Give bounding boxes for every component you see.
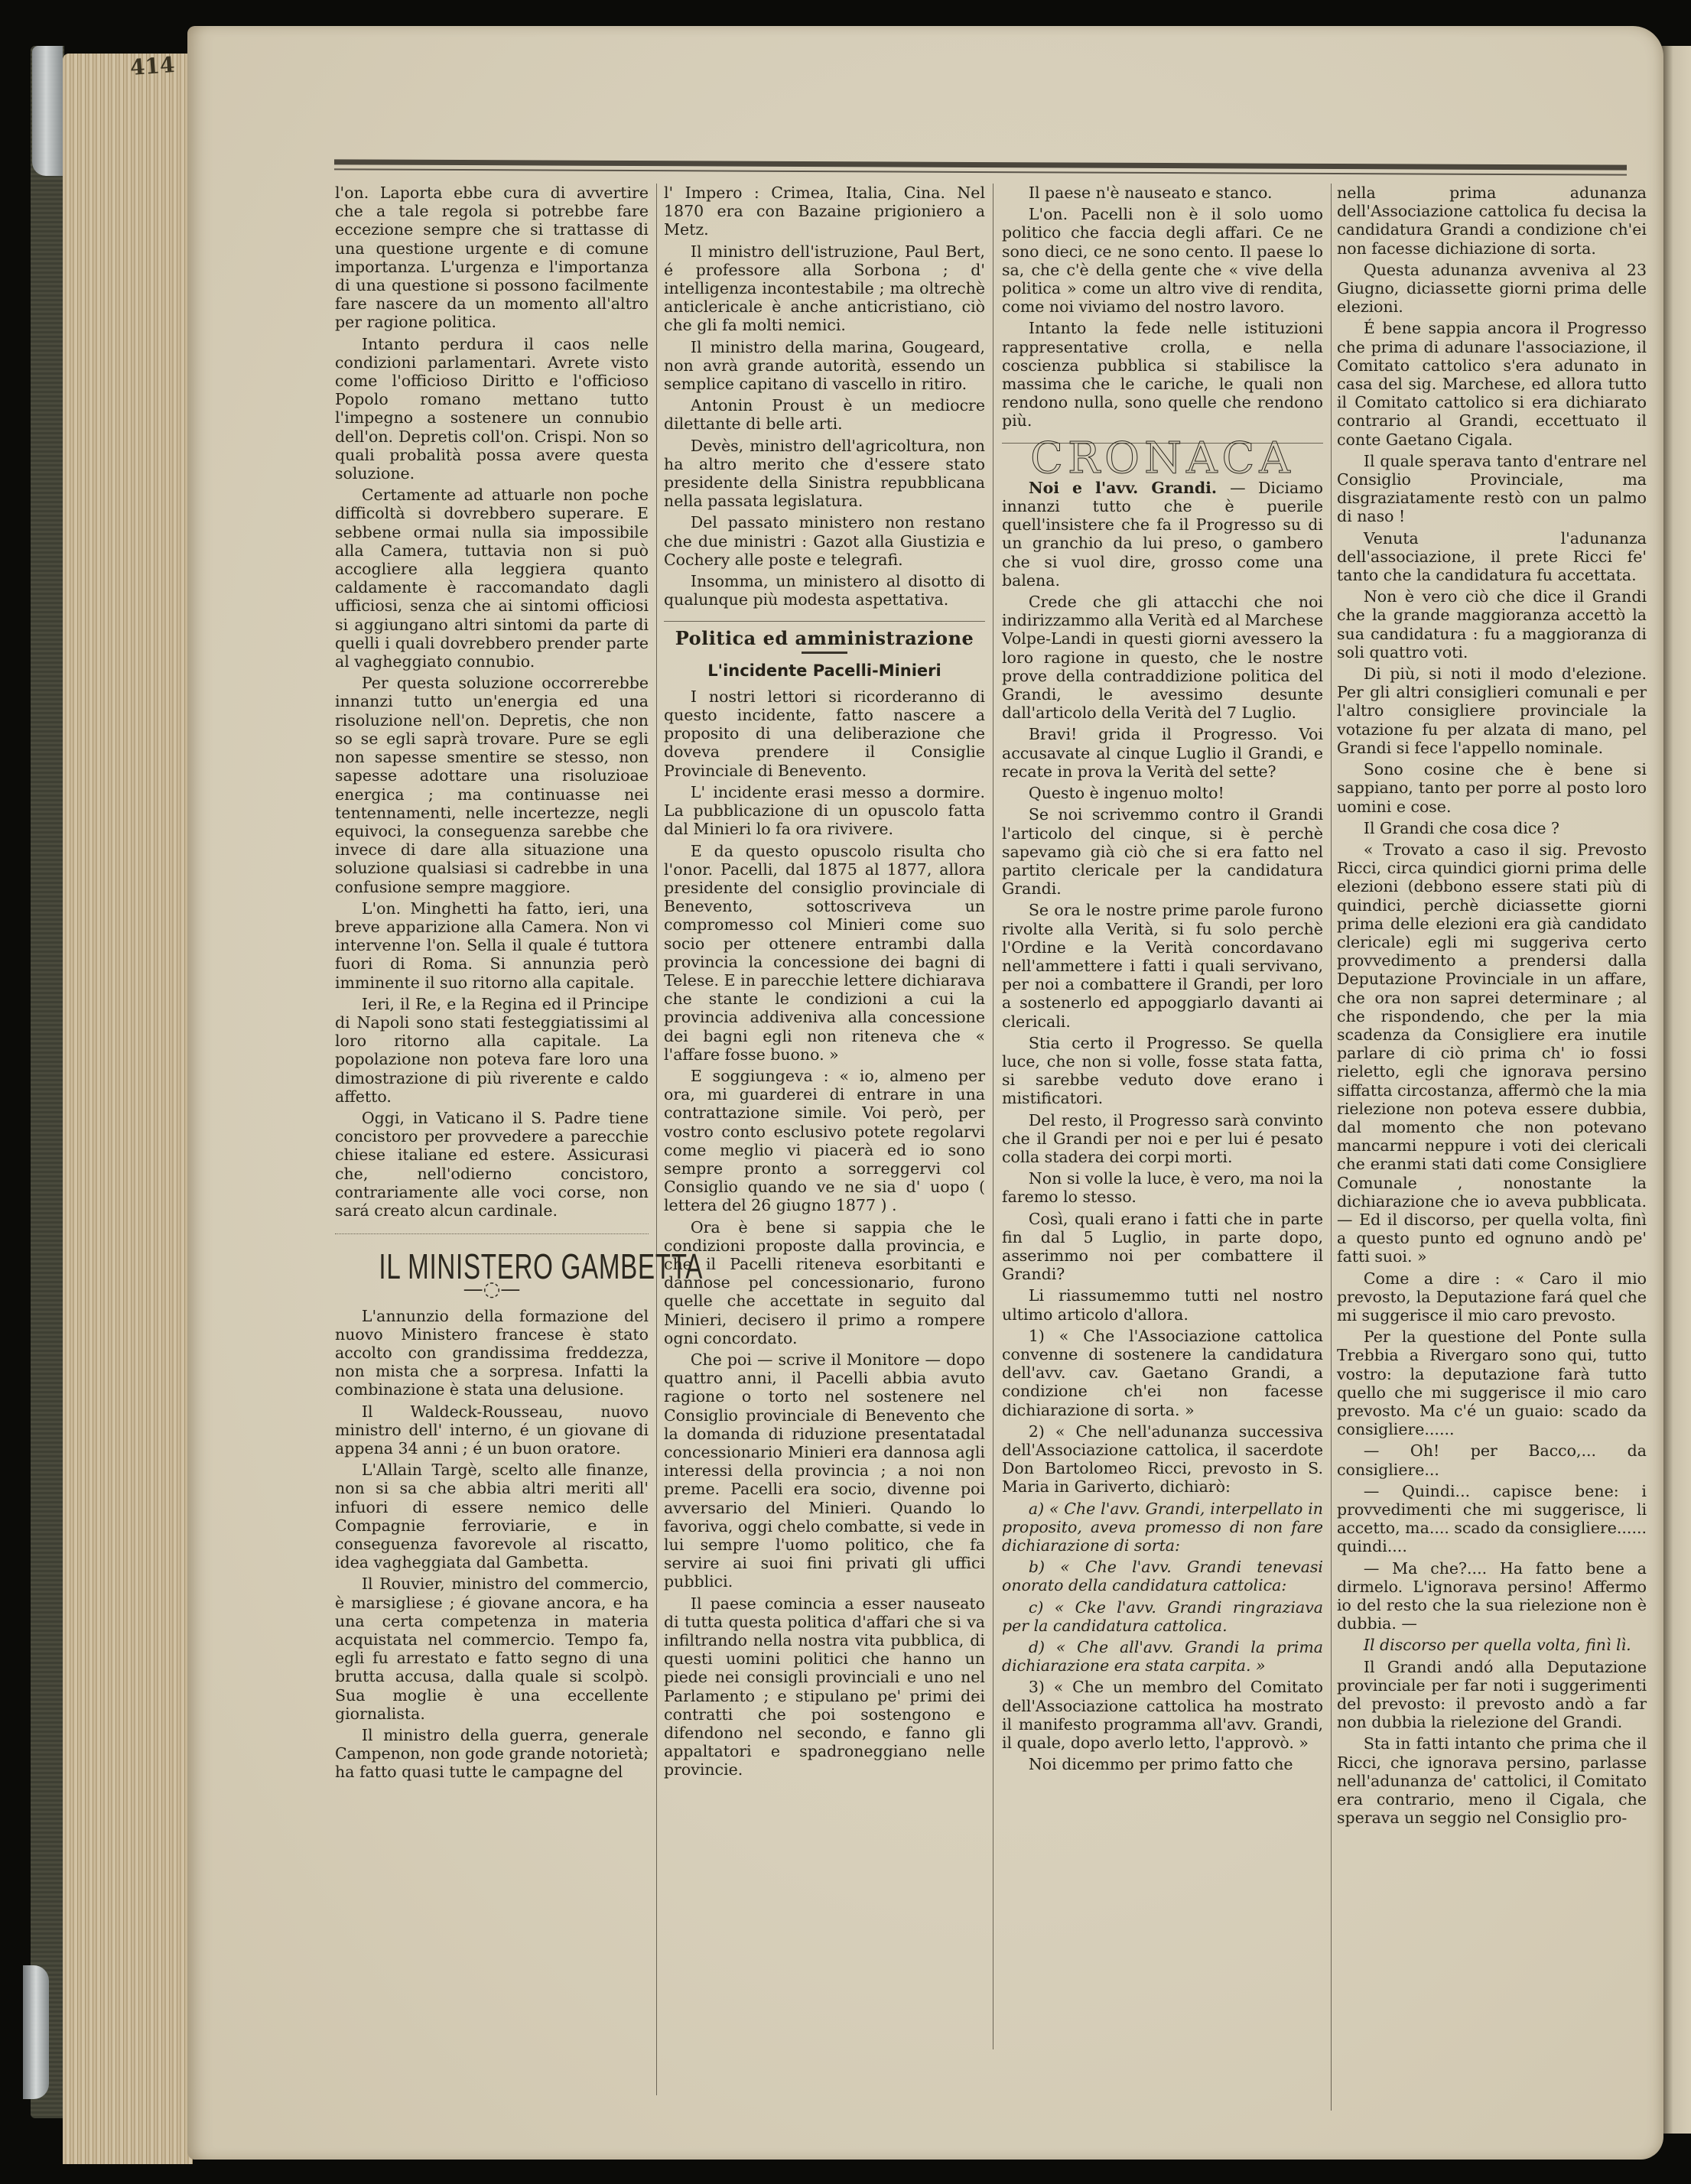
paragraph: Questa adunanza avveniva al 23 Giugno, d… — [1337, 261, 1647, 317]
paragraph: Sono cosine che è bene si sappiano, tant… — [1337, 760, 1647, 816]
paragraph: E da questo opuscolo risulta cho l'onor.… — [664, 842, 985, 1064]
paragraph: Devès, ministro dell'agricoltura, non ha… — [664, 437, 985, 511]
paragraph: Insomma, un ministero al disotto di qual… — [664, 572, 985, 609]
page-stack-edge — [63, 54, 193, 2164]
spine-mark: 414 — [129, 52, 176, 80]
heading-politica-amministrazione: Politica ed amministrazione — [664, 629, 985, 648]
column-1: l'on. Laporta ebbe cura di avvertire che… — [335, 184, 649, 2111]
cronaca-body: Noi e l'avv. Grandi. — Diciamo innanzi t… — [1002, 479, 1323, 1774]
paragraph: Bravi! grida il Progresso. Voi accusavat… — [1002, 725, 1323, 781]
paragraph: Il discorso per quella volta, finì lì. — [1337, 1636, 1647, 1654]
paragraph: Il ministro della guerra, generale Campe… — [335, 1726, 649, 1782]
column-divider — [1331, 184, 1332, 2111]
paragraph: Sta in fatti intanto che prima che il Ri… — [1337, 1734, 1647, 1827]
paragraph: 1) « Che l'Associazione cattolica conven… — [1002, 1327, 1323, 1419]
paragraph: b) « Che l'avv. Grandi tenevasi onorato … — [1002, 1558, 1323, 1594]
paragraph: Il ministro dell'istruzione, Paul Bert, … — [664, 242, 985, 335]
paragraph: Del resto, il Progresso sarà convinto ch… — [1002, 1111, 1323, 1167]
paragraph: Per la questione del Ponte sulla Trebbia… — [1337, 1328, 1647, 1438]
heading-cronaca: CRONACA — [1002, 450, 1323, 468]
protective-tape-bottom — [23, 1965, 49, 2099]
paragraph: 2) « Che nell'adunanza successiva dell'A… — [1002, 1422, 1323, 1497]
column-3-body: Il paese n'è nauseato e stanco.L'on. Pac… — [1002, 184, 1323, 431]
paragraph: Il Rouvier, ministro del commercio, è ma… — [335, 1575, 649, 1723]
paragraph: Il Grandi che cosa dice ? — [1337, 819, 1647, 837]
paragraph: Che poi — scrive il Monitore — dopo quat… — [664, 1350, 985, 1591]
paragraph: Così, quali erano i fatti che in parte f… — [1002, 1210, 1323, 1284]
paragraph: Intanto la fede nelle istituzioni rappre… — [1002, 319, 1323, 430]
paragraph: Di più, si noti il modo d'elezione. Per … — [1337, 665, 1647, 757]
paragraph: Venuta l'adunanza dell'associazione, il … — [1337, 529, 1647, 585]
paragraph: Li riassumemmo tutti nel nostro ultimo a… — [1002, 1286, 1323, 1323]
paragraph: L'on. Pacelli non è il solo uomo politic… — [1002, 205, 1323, 316]
paragraph: L'Allain Targè, scelto alle finanze, non… — [335, 1461, 649, 1571]
paragraph: 3) « Che un membro del Comitato dell'Ass… — [1002, 1678, 1323, 1752]
paragraph: Crede che gli attacchi che noi indirizza… — [1002, 593, 1323, 722]
short-rule — [802, 652, 847, 654]
paragraph: « Trovato a caso il sig. Prevosto Ricci,… — [1337, 840, 1647, 1266]
column-divider — [993, 184, 993, 2049]
paragraph: Intanto perdura il caos nelle condizioni… — [335, 335, 649, 483]
paragraph: — Ma che?.... Ha fatto bene a dirmelo. L… — [1337, 1559, 1647, 1633]
paragraph: Se ora le nostre prime parole furono riv… — [1002, 901, 1323, 1030]
next-page-edge — [1661, 46, 1691, 2134]
paragraph: L'annunzio della formazione del nuovo Mi… — [335, 1307, 649, 1399]
paragraph: Il ministro della marina, Gougeard, non … — [664, 338, 985, 394]
paragraph: Il paese n'è nauseato e stanco. — [1002, 184, 1323, 202]
protective-tape-top — [32, 46, 63, 176]
paragraph: d) « Che all'avv. Grandi la prima dichia… — [1002, 1638, 1323, 1675]
paragraph: Oggi, in Vaticano il S. Padre tiene conc… — [335, 1109, 649, 1220]
article-columns: l'on. Laporta ebbe cura di avvertire che… — [329, 184, 1652, 2111]
paragraph: Questo è ingenuo molto! — [1002, 784, 1323, 802]
paragraph: Ora è bene si sappia che le condizioni p… — [664, 1218, 985, 1347]
paragraph: l' Impero : Crimea, Italia, Cina. Nel 18… — [664, 184, 985, 239]
paragraph: L'on. Minghetti ha fatto, ieri, una brev… — [335, 899, 649, 992]
paragraph: Non è vero ciò che dice il Grandi che la… — [1337, 587, 1647, 661]
book-cover-spine — [31, 46, 64, 2118]
lead-title: Noi e l'avv. Grandi. — [1029, 479, 1230, 497]
paragraph: a) « Che l'avv. Grandi, interpellato in … — [1002, 1500, 1323, 1555]
column-2-body: l' Impero : Crimea, Italia, Cina. Nel 18… — [664, 184, 985, 609]
section-separator — [335, 1233, 649, 1234]
paragraph: Il quale sperava tanto d'entrare nel Con… — [1337, 452, 1647, 526]
paragraph: nella prima adunanza dell'Associazione c… — [1337, 184, 1647, 258]
column-4: nella prima adunanza dell'Associazione c… — [1337, 184, 1647, 2111]
paragraph: Come a dire : « Caro il mio prevosto, la… — [1337, 1269, 1647, 1325]
paragraph: c) « Cke l'avv. Grandi ringraziava per l… — [1002, 1598, 1323, 1635]
subheading-incidente: L'incidente Pacelli-Minieri — [664, 661, 985, 680]
paragraph: — Quindi... capisce bene: i provvediment… — [1337, 1482, 1647, 1556]
paragraph: Ieri, il Re, e la Regina ed il Principe … — [335, 995, 649, 1106]
paragraph: Noi dicemmo per primo fatto che — [1002, 1755, 1323, 1773]
paragraph: Antonin Proust è un mediocre dilettante … — [664, 396, 985, 433]
paragraph: Del passato ministero non restano che du… — [664, 513, 985, 569]
paragraph: Per questa soluzione occorrerebbe innanz… — [335, 674, 649, 895]
paragraph: Non si volle la luce, è vero, ma noi la … — [1002, 1169, 1323, 1206]
paragraph: É bene sappia ancora il Progresso che pr… — [1337, 319, 1647, 448]
paragraph: E soggiungeva : « io, almeno per ora, mi… — [664, 1067, 985, 1215]
incidente-body: I nostri lettori si ricorderanno di ques… — [664, 687, 985, 1779]
column-divider — [656, 184, 657, 2095]
column-4-body: nella prima adunanza dell'Associazione c… — [1337, 184, 1647, 1827]
paragraph: Stia certo il Progresso. Se quella luce,… — [1002, 1034, 1323, 1108]
paragraph: Certamente ad attuarle non poche diffico… — [335, 486, 649, 671]
paragraph: L' incidente erasi messo a dormire. La p… — [664, 783, 985, 839]
paragraph: Noi e l'avv. Grandi. — Diciamo innanzi t… — [1002, 479, 1323, 590]
column-1-body: l'on. Laporta ebbe cura di avvertire che… — [335, 184, 649, 1220]
heading-ministero-gambetta: IL MINISTERO GAMBETTA — [379, 1257, 604, 1276]
paragraph: Il Waldeck-Rousseau, nuovo ministro dell… — [335, 1402, 649, 1458]
paragraph: Il paese comincia a esser nauseato di tu… — [664, 1594, 985, 1779]
column-2: l' Impero : Crimea, Italia, Cina. Nel 18… — [664, 184, 985, 2111]
paragraph: Se noi scrivemmo contro il Grandi l'arti… — [1002, 805, 1323, 898]
column-3: Il paese n'è nauseato e stanco.L'on. Pac… — [1002, 184, 1323, 2111]
paragraph: l'on. Laporta ebbe cura di avvertire che… — [335, 184, 649, 332]
section-separator — [664, 621, 985, 622]
paragraph: — Oh! per Bacco,... da consigliere... — [1337, 1441, 1647, 1478]
paragraph: I nostri lettori si ricorderanno di ques… — [664, 687, 985, 780]
ministero-gambetta-body: L'annunzio della formazione del nuovo Mi… — [335, 1307, 649, 1782]
paragraph: Il Grandi andó alla Deputazione provinci… — [1337, 1658, 1647, 1732]
